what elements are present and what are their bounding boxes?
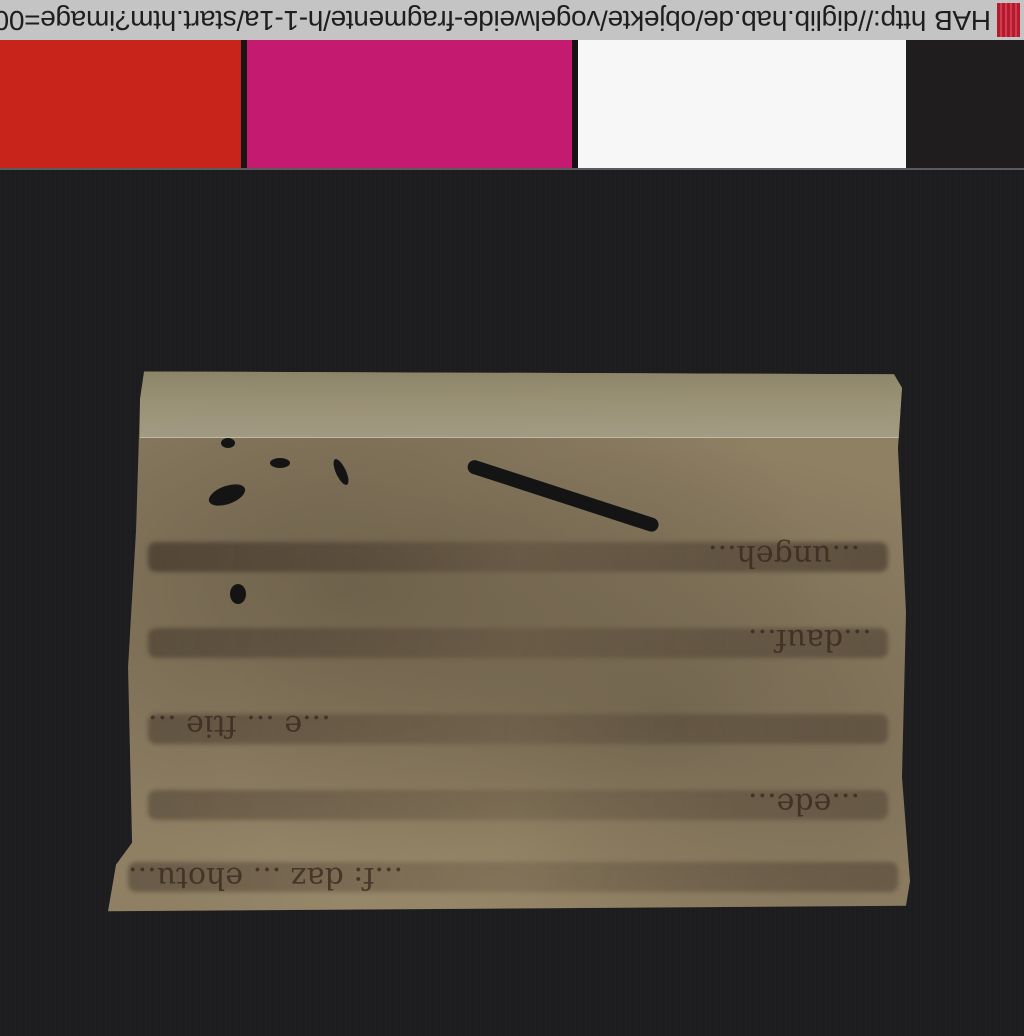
fragment-hole (331, 457, 352, 487)
fragment-hole (221, 438, 235, 448)
fragment-text-line-4: ...ede... (748, 786, 860, 821)
header-content: HAB http://diglib.hab.de/objekte/vogelwe… (0, 0, 1024, 40)
fragment-tear (466, 458, 661, 533)
fragment-text-line-5: ...f: daz ... ehotu... (128, 860, 403, 895)
fragment-text-line-1: ...ungeh... (708, 538, 860, 573)
calibration-patch-white (578, 40, 906, 170)
calibration-patch-red (0, 40, 241, 170)
fragment-hole (270, 458, 290, 468)
fragment-text-line-3: ...e ... ftie ... (148, 708, 331, 743)
header-label: HAB (934, 4, 991, 36)
fragment-hole (206, 480, 248, 510)
fragment-hole (230, 584, 246, 604)
fragment-folded-edge (140, 366, 902, 438)
fragment-text-line-2: ...dauf... (748, 622, 872, 657)
hab-logo-icon (997, 3, 1020, 37)
header-url[interactable]: http://diglib.hab.de/objekte/vogelweide-… (0, 4, 926, 36)
manuscript-scan: HAB http://diglib.hab.de/objekte/vogelwe… (0, 0, 1024, 1036)
calibration-patch-black (906, 40, 1024, 170)
calibration-patch-magenta (247, 40, 572, 170)
parchment-fragment: ...ungeh... ...dauf... ...e ... ftie ...… (108, 366, 910, 914)
header-bar: HAB http://diglib.hab.de/objekte/vogelwe… (0, 0, 1024, 40)
